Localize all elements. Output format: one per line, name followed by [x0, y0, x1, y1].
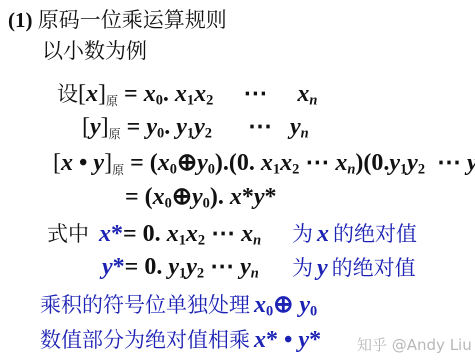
where-label: 式中 [47, 222, 89, 246]
formula-y-def: [y]原 = y0. y1y2 ⋯ yn [82, 112, 309, 142]
subscript-label: 原 [109, 127, 121, 141]
formula-product-simplified: = (x0⊕y0). x*y* [125, 182, 277, 211]
formula-product: [x • y]原 = (x0⊕y0).(0. x1x2 ⋯ xn)(0.y1y2… [53, 148, 475, 178]
formula-x-def: 设[x]原 = x0. x1x2 ⋯ xn [57, 78, 317, 109]
note-suffix: 的绝对值 [333, 222, 417, 246]
section-number: (1) [8, 8, 33, 32]
watermark: 知乎 @Andy Liu [357, 334, 472, 355]
formula-prefix: 设 [57, 82, 78, 106]
where-x-star: 式中 x*= 0. x1x2 ⋯ xn 为 x 的绝对值 [47, 218, 261, 248]
note-var: y [317, 255, 328, 281]
section-title: 原码一位乘运算规则 [38, 8, 227, 32]
subscript-label: 原 [106, 94, 118, 108]
note-prefix: 为 [292, 256, 313, 280]
subscript-label: 原 [112, 163, 124, 177]
rule-magnitude: 数值部分为绝对值相乘 x* • y* [40, 324, 321, 354]
subheading: 以小数为例 [42, 35, 147, 65]
rule-sign: 乘积的符号位单独处理 x0⊕ y0 [40, 289, 317, 319]
note-prefix: 为 [292, 222, 313, 246]
y-star-note: 为 y 的绝对值 [292, 252, 416, 282]
rule-sign-text: 乘积的符号位单独处理 [40, 293, 250, 317]
note-var: x [317, 221, 329, 247]
rule-magnitude-text: 数值部分为绝对值相乘 [40, 328, 250, 352]
note-suffix: 的绝对值 [332, 256, 416, 280]
where-y-star: y*= 0. y1y2 ⋯ yn 为 y 的绝对值 [102, 252, 259, 281]
x-star-note: 为 x 的绝对值 [292, 218, 417, 248]
section-heading: (1) 原码一位乘运算规则 [8, 4, 227, 34]
